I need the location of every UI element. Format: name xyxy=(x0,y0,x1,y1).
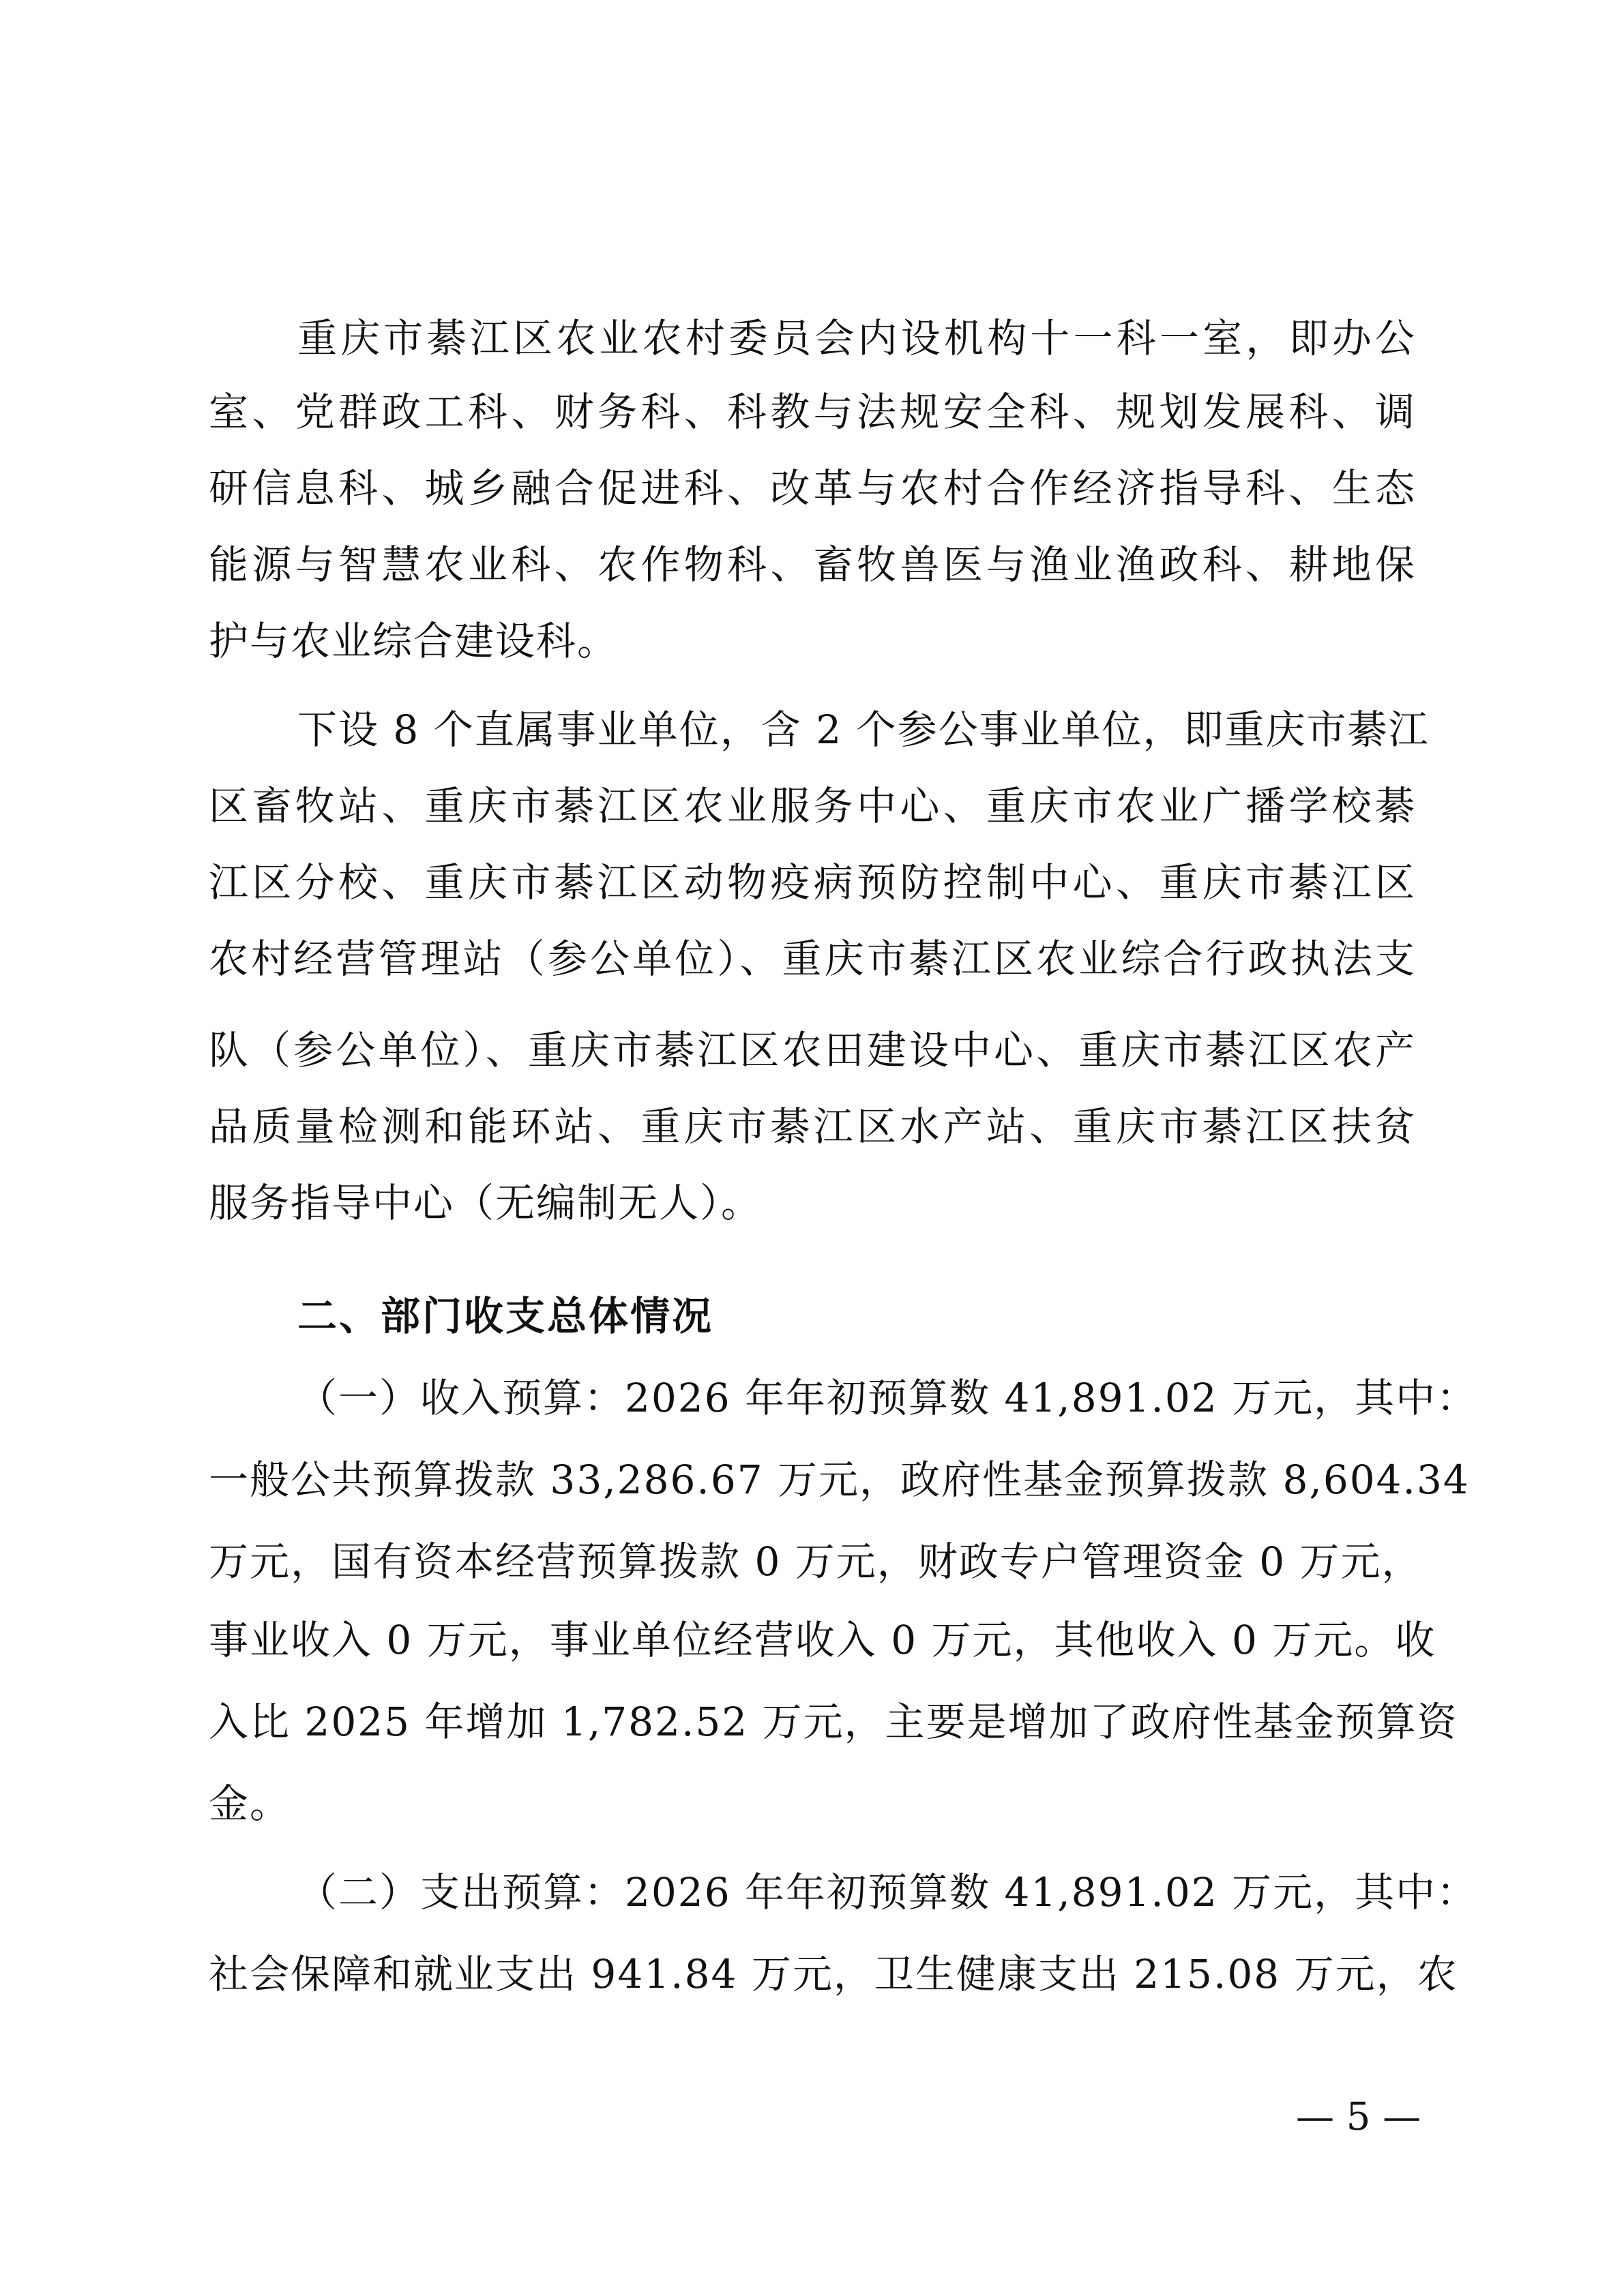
section-heading: 二、部门收支总体情况 xyxy=(297,1289,1416,1343)
text-line: 室、党群政工科、财务科、科教与法规安全科、规划发展科、调 xyxy=(209,385,1416,439)
text-line: 重庆市綦江区农业农村委员会内设机构十一科一室，即办公 xyxy=(297,311,1416,366)
text-line: 江区分校、重庆市綦江区动物疫病预防控制中心、重庆市綦江区 xyxy=(209,855,1416,910)
text-line: 一般公共预算拨款 33,286.67 万元，政府性基金预算拨款 8,604.34 xyxy=(209,1452,1416,1507)
text-line: 社会保障和就业支出 941.84 万元，卫生健康支出 215.08 万元，农 xyxy=(209,1947,1416,2001)
document-page: 重庆市綦江区农业农村委员会内设机构十一科一室，即办公 室、党群政工科、财务科、科… xyxy=(0,0,1624,2296)
text-line: （二）支出预算：2026 年年初预算数 41,891.02 万元，其中： xyxy=(297,1865,1416,1920)
text-line: 能源与智慧农业科、农作物科、畜牧兽医与渔业渔政科、耕地保 xyxy=(209,537,1416,592)
text-line: 事业收入 0 万元，事业单位经营收入 0 万元，其他收入 0 万元。收 xyxy=(209,1613,1416,1667)
text-line: 农村经营管理站（参公单位）、重庆市綦江区农业综合行政执法支 xyxy=(209,931,1416,986)
text-line: 万元，国有资本经营预算拨款 0 万元，财政专户管理资金 0 万元， xyxy=(209,1534,1416,1589)
text-line: 研信息科、城乡融合促进科、改革与农村合作经济指导科、生态 xyxy=(209,461,1416,516)
text-line: 品质量检测和能环站、重庆市綦江区水产站、重庆市綦江区扶贫 xyxy=(209,1099,1416,1154)
page-number: — 5 — xyxy=(1296,2093,1419,2141)
text-line: 队（参公单位）、重庆市綦江区农田建设中心、重庆市綦江区农产 xyxy=(209,1023,1416,1077)
text-line: 服务指导中心（无编制无人）。 xyxy=(209,1176,1416,1230)
text-line: 金。 xyxy=(209,1776,1416,1831)
text-line: 入比 2025 年增加 1,782.52 万元，主要是增加了政府性基金预算资 xyxy=(209,1695,1416,1749)
text-line: 区畜牧站、重庆市綦江区农业服务中心、重庆市农业广播学校綦 xyxy=(209,779,1416,833)
text-line: 下设 8 个直属事业单位，含 2 个参公事业单位，即重庆市綦江 xyxy=(297,702,1416,757)
text-line: 护与农业综合建设科。 xyxy=(209,614,1416,668)
text-line: （一）收入预算：2026 年年初预算数 41,891.02 万元，其中： xyxy=(297,1371,1416,1425)
